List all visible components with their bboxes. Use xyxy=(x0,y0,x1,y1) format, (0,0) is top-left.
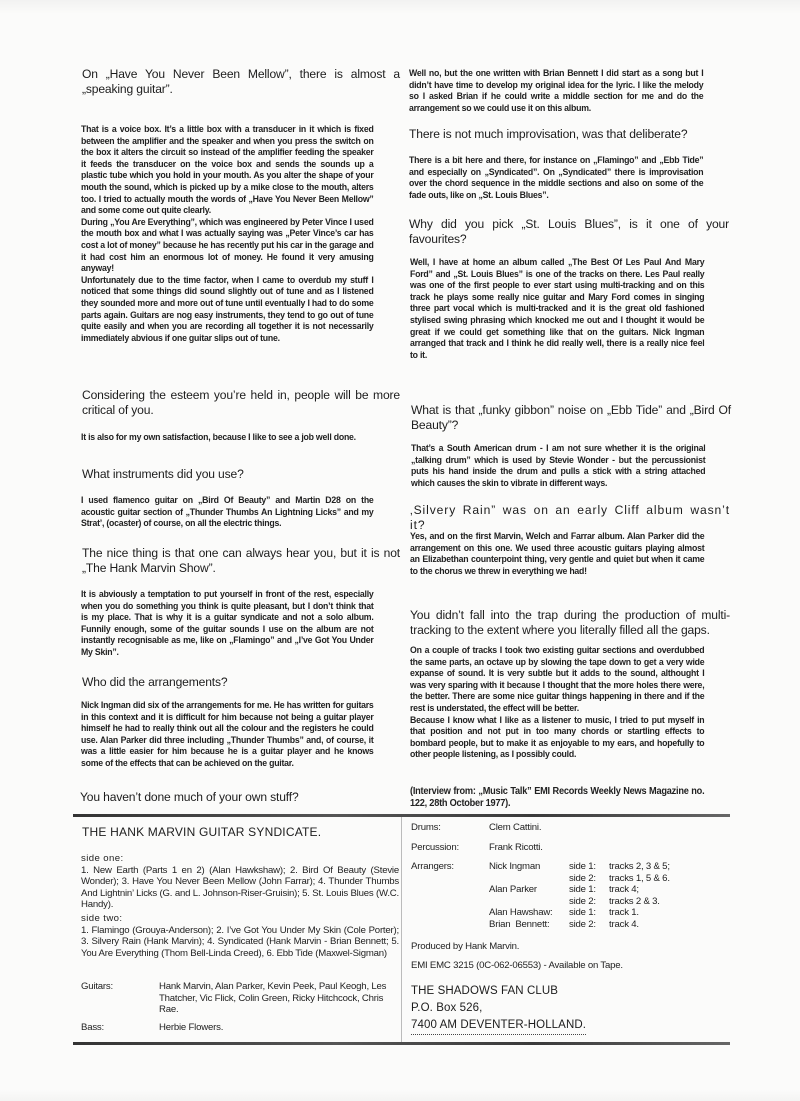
credit-label: Drums: xyxy=(411,822,489,834)
arrangers-label: Arrangers: xyxy=(411,861,489,873)
side-one-label: side one: xyxy=(81,853,399,865)
answer-text: Yes, and on the first Marvin, Welch and … xyxy=(410,531,704,577)
side-two-block: side two: 1. Flamingo (Grouya-Anderson);… xyxy=(81,913,399,959)
arranger-row: side 2: tracks 1, 5 & 6. xyxy=(411,873,731,885)
question-esteem: Considering the esteem you’re held in, p… xyxy=(82,388,400,418)
arranger-side: side 1: xyxy=(569,861,609,873)
answer-les-paul: Well, I have at home an album called „Th… xyxy=(410,257,704,361)
fan-club-city: 7400 AM DEVENTER-HOLLAND. xyxy=(411,1017,586,1035)
bottom-divider-rule xyxy=(73,1042,730,1045)
answer-talking-drum: That’s a South American drum - I am not … xyxy=(411,443,705,489)
arranger-side: side 2: xyxy=(569,873,609,885)
arranger-tracks: tracks 1, 5 & 6. xyxy=(609,873,731,885)
arranger-name xyxy=(489,873,569,885)
answer-text: It is abviously a temptation to put your… xyxy=(81,589,374,658)
album-title: THE HANK MARVIN GUITAR SYNDICATE. xyxy=(82,825,321,839)
question-speaking-guitar: On „Have You Never Been Mellow”, there i… xyxy=(82,67,400,97)
arranger-side: side 1: xyxy=(569,907,609,919)
arranger-row: Alan Hawshaw: side 1: track 1. xyxy=(411,907,731,919)
answer-text: I used flamenco guitar on „Bird Of Beaut… xyxy=(81,495,374,529)
credit-label: Guitars: xyxy=(81,981,159,1016)
question-instruments: What instruments did you use? xyxy=(82,467,400,482)
interview-source-note: (Interview from: „Music Talk” EMI Record… xyxy=(410,786,704,809)
side-two-label: side two: xyxy=(81,913,399,925)
credit-value: Hank Marvin, Alan Parker, Kevin Peek, Pa… xyxy=(159,981,399,1016)
arranger-side: side 2: xyxy=(569,919,609,931)
answer-temptation: It is abviously a temptation to put your… xyxy=(81,589,374,659)
credit-label: Bass: xyxy=(81,1022,159,1034)
question-multi-tracking: You didn’t fall into the trap during the… xyxy=(410,608,730,638)
arranger-tracks: track 4; xyxy=(609,884,731,896)
answer-silvery-rain: Yes, and on the first Marvin, Welch and … xyxy=(410,531,704,577)
credit-guitars: Guitars: Hank Marvin, Alan Parker, Kevin… xyxy=(81,981,399,1016)
question-st-louis-blues: Why did you pick „St. Louis Blues”, is i… xyxy=(409,217,729,247)
answer-multi-tracking: On a couple of tracks I took two existin… xyxy=(410,645,704,761)
answer-improvisation: There is a bit here and there, for insta… xyxy=(409,155,703,201)
credit-value: Clem Cattini. xyxy=(489,822,731,834)
answer-text: It is also for my own satisfaction, beca… xyxy=(81,432,356,443)
arranger-name: Alan Parker xyxy=(489,884,569,896)
side-one-block: side one: 1. New Earth (Parts 1 en 2) (A… xyxy=(81,853,399,911)
arranger-name xyxy=(489,896,569,908)
question-hank-marvin-show: The nice thing is that one can always he… xyxy=(82,546,400,576)
answer-voice-box: That is a voice box. It’s a little box w… xyxy=(81,124,374,344)
box-column-divider xyxy=(401,817,402,1042)
answer-brian-bennett: Well no, but the one written with Brian … xyxy=(409,68,703,114)
arranger-row: side 2: tracks 2 & 3. xyxy=(411,896,731,908)
side-two-tracklist: 1. Flamingo (Grouya-Anderson); 2. I’ve G… xyxy=(81,925,399,960)
arranger-row: Brian Bennett: side 2: track 4. xyxy=(411,919,731,931)
arranger-tracks: track 1. xyxy=(609,907,731,919)
arranger-row: Arrangers: Nick Ingman side 1: tracks 2,… xyxy=(411,861,731,873)
answer-satisfaction: It is also for my own satisfaction, beca… xyxy=(81,432,374,444)
arranger-row: Alan Parker side 1: track 4; xyxy=(411,884,731,896)
question-silvery-rain: ‚Silvery Rain” was on an early Cliff alb… xyxy=(410,503,730,533)
arranger-side: side 2: xyxy=(569,896,609,908)
source-note-text: (Interview from: „Music Talk” EMI Record… xyxy=(410,786,704,809)
answer-text: On a couple of tracks I took two existin… xyxy=(410,645,704,760)
question-improvisation: There is not much improvisation, was tha… xyxy=(409,127,729,142)
arranger-name: Brian Bennett: xyxy=(489,919,569,931)
credit-percussion: Percussion: Frank Ricotti. xyxy=(411,842,731,854)
credits-left: Guitars: Hank Marvin, Alan Parker, Kevin… xyxy=(81,981,399,1033)
question-funky-gibbon: What is that „funky gibbon” noise on „Eb… xyxy=(411,403,731,433)
answer-text: Well, I have at home an album called „Th… xyxy=(410,257,704,361)
fan-club-address: THE SHADOWS FAN CLUB P.O. Box 526, 7400 … xyxy=(411,983,731,1035)
catalog-line: EMI EMC 3215 (0C-062-06553) - Available … xyxy=(411,960,731,972)
arranger-name: Alan Hawshaw: xyxy=(489,907,569,919)
credit-bass: Bass: Herbie Flowers. xyxy=(81,1022,399,1034)
credits-right: Drums: Clem Cattini. Percussion: Frank R… xyxy=(411,822,731,930)
arrangers-table: Arrangers: Nick Ingman side 1: tracks 2,… xyxy=(411,861,731,930)
producer-line: Produced by Hank Marvin. xyxy=(411,941,731,953)
answer-text: Well no, but the one written with Brian … xyxy=(409,68,703,114)
question-own-stuff: You haven’t done much of your own stuff? xyxy=(80,790,398,805)
question-arrangements: Who did the arrangements? xyxy=(82,675,400,690)
arranger-side: side 1: xyxy=(569,884,609,896)
answer-text: That is a voice box. It’s a little box w… xyxy=(81,124,374,344)
answer-instruments: I used flamenco guitar on „Bird Of Beaut… xyxy=(81,495,374,530)
credit-label: Percussion: xyxy=(411,842,489,854)
fan-club-name: THE SHADOWS FAN CLUB xyxy=(411,983,731,1000)
answer-arrangements: Nick Ingman did six of the arrangements … xyxy=(81,700,374,770)
credit-value: Herbie Flowers. xyxy=(159,1022,399,1034)
arranger-tracks: tracks 2, 3 & 5; xyxy=(609,861,731,873)
answer-text: Nick Ingman did six of the arrangements … xyxy=(81,700,374,769)
fan-club-po-box: P.O. Box 526, xyxy=(411,1000,731,1017)
credit-drums: Drums: Clem Cattini. xyxy=(411,822,731,834)
arranger-tracks: track 4. xyxy=(609,919,731,931)
answer-text: That’s a South American drum - I am not … xyxy=(411,443,705,489)
arranger-name: Nick Ingman xyxy=(489,861,569,873)
answer-text: There is a bit here and there, for insta… xyxy=(409,155,703,201)
arranger-tracks: tracks 2 & 3. xyxy=(609,896,731,908)
side-one-tracklist: 1. New Earth (Parts 1 en 2) (Alan Hawksh… xyxy=(81,865,399,911)
credit-value: Frank Ricotti. xyxy=(489,842,731,854)
